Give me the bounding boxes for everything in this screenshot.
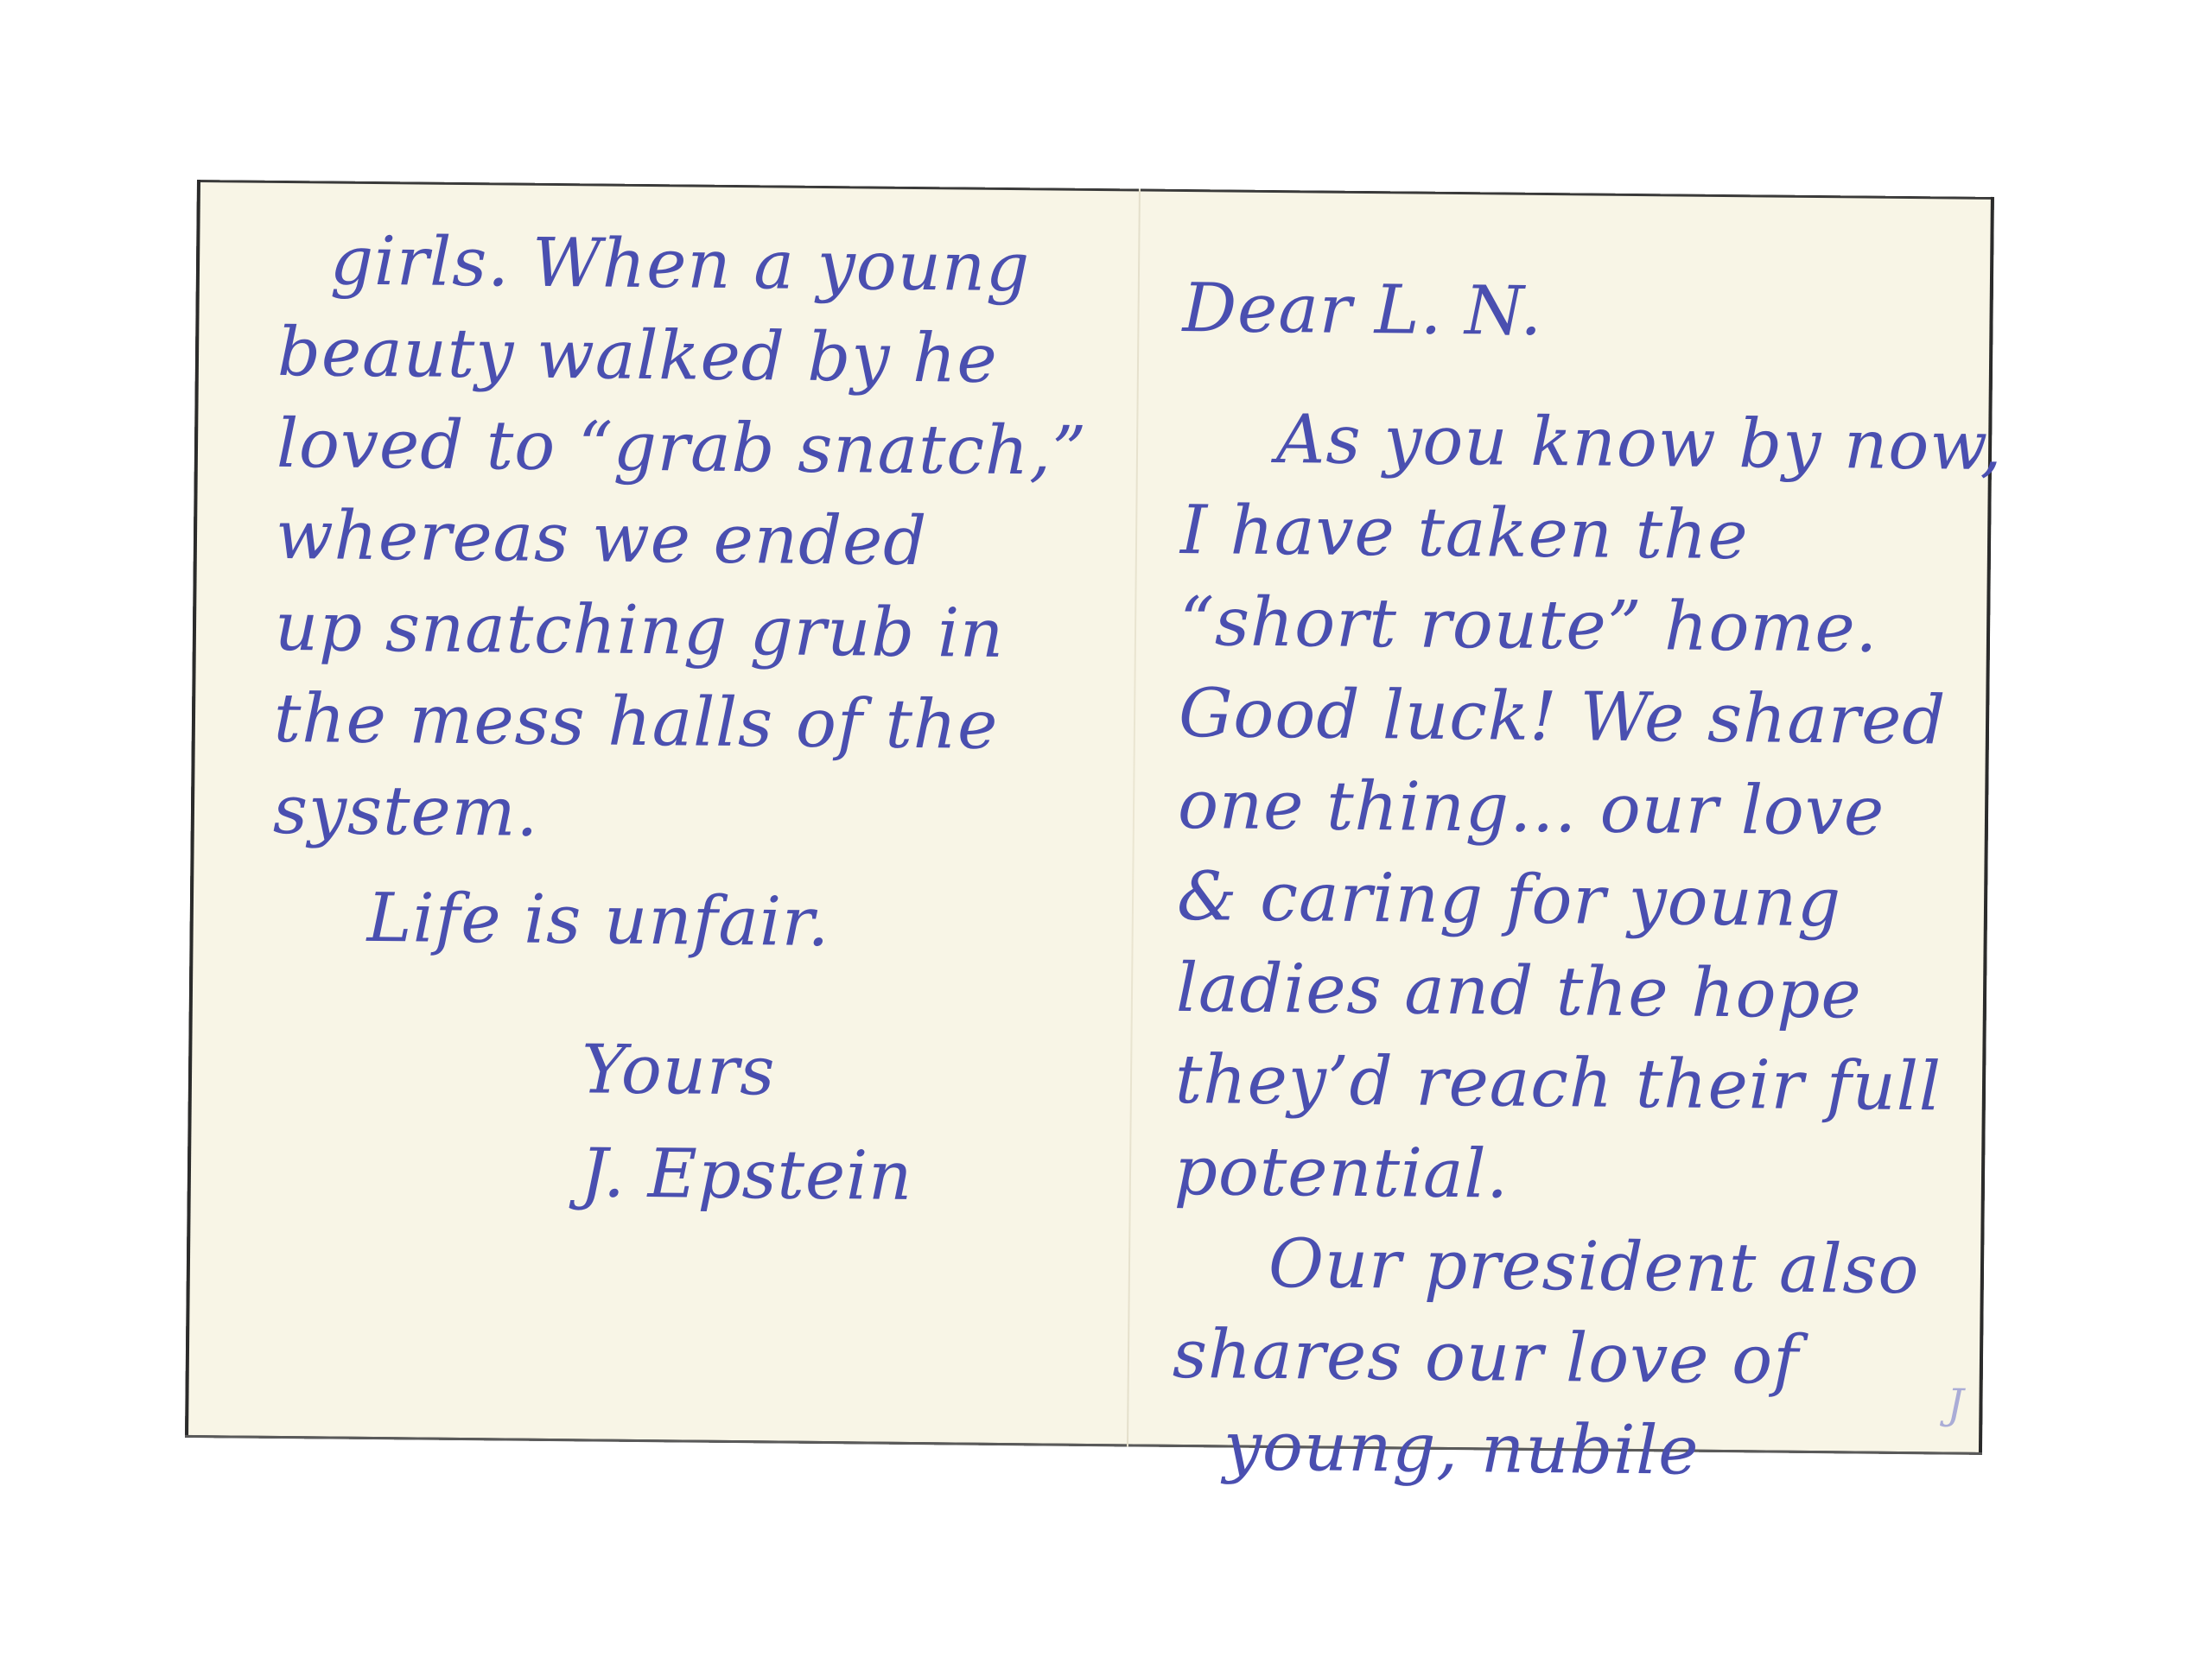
letter-line: beauty walked by he [277,307,1103,406]
paragraph-1: As you know by now, I have taken the “sh… [1174,393,1958,1225]
corner-pen-mark: J [1947,1381,1964,1429]
letter-line: the mess halls of the [274,673,1100,772]
letter-line: potential. [1174,1126,1951,1225]
letter-line: Good luck! We shared [1179,668,1955,767]
handwritten-card: girls. When a young beauty walked by he … [185,180,1994,1455]
letter-line: & caring for young [1177,851,1954,950]
letter-line: “short route” home. [1179,576,1956,676]
letter-line: Our president also [1173,1217,1950,1317]
sign-off: Yours J. Epstein [269,1015,1096,1230]
salutation: Dear L. N. [1182,263,1959,362]
letter-line: shares our love of [1172,1309,1948,1408]
valediction: Yours [582,1018,1096,1127]
letter-line: one thing… our love [1178,759,1955,859]
scanned-document: girls. When a young beauty walked by he … [0,0,2212,1658]
letter-line: up snatching grub in [275,581,1101,681]
right-page: Dear L. N. As you know by now, I have ta… [1128,188,1994,1454]
letter-line: they’d reach their full [1175,1034,1952,1134]
letter-line: loved to “grab snatch,” [276,398,1103,498]
letter-line: As you know by now, [1181,393,1958,492]
left-page: girls. When a young beauty walked by he … [185,180,1139,1446]
letter-line: young, nubile [1171,1401,1948,1500]
letter-line: system. [272,765,1098,864]
closing-line: Life is unfair. [271,872,1097,971]
signature: J. Epstein [580,1121,1095,1230]
paragraph-2: Our president also shares our love of yo… [1171,1217,1949,1500]
letter-line: whereas we ended [276,490,1102,589]
letter-line: ladies and the hope [1176,943,1953,1042]
letter-line: girls. When a young [278,215,1104,314]
letter-line: I have taken the [1180,485,1957,584]
